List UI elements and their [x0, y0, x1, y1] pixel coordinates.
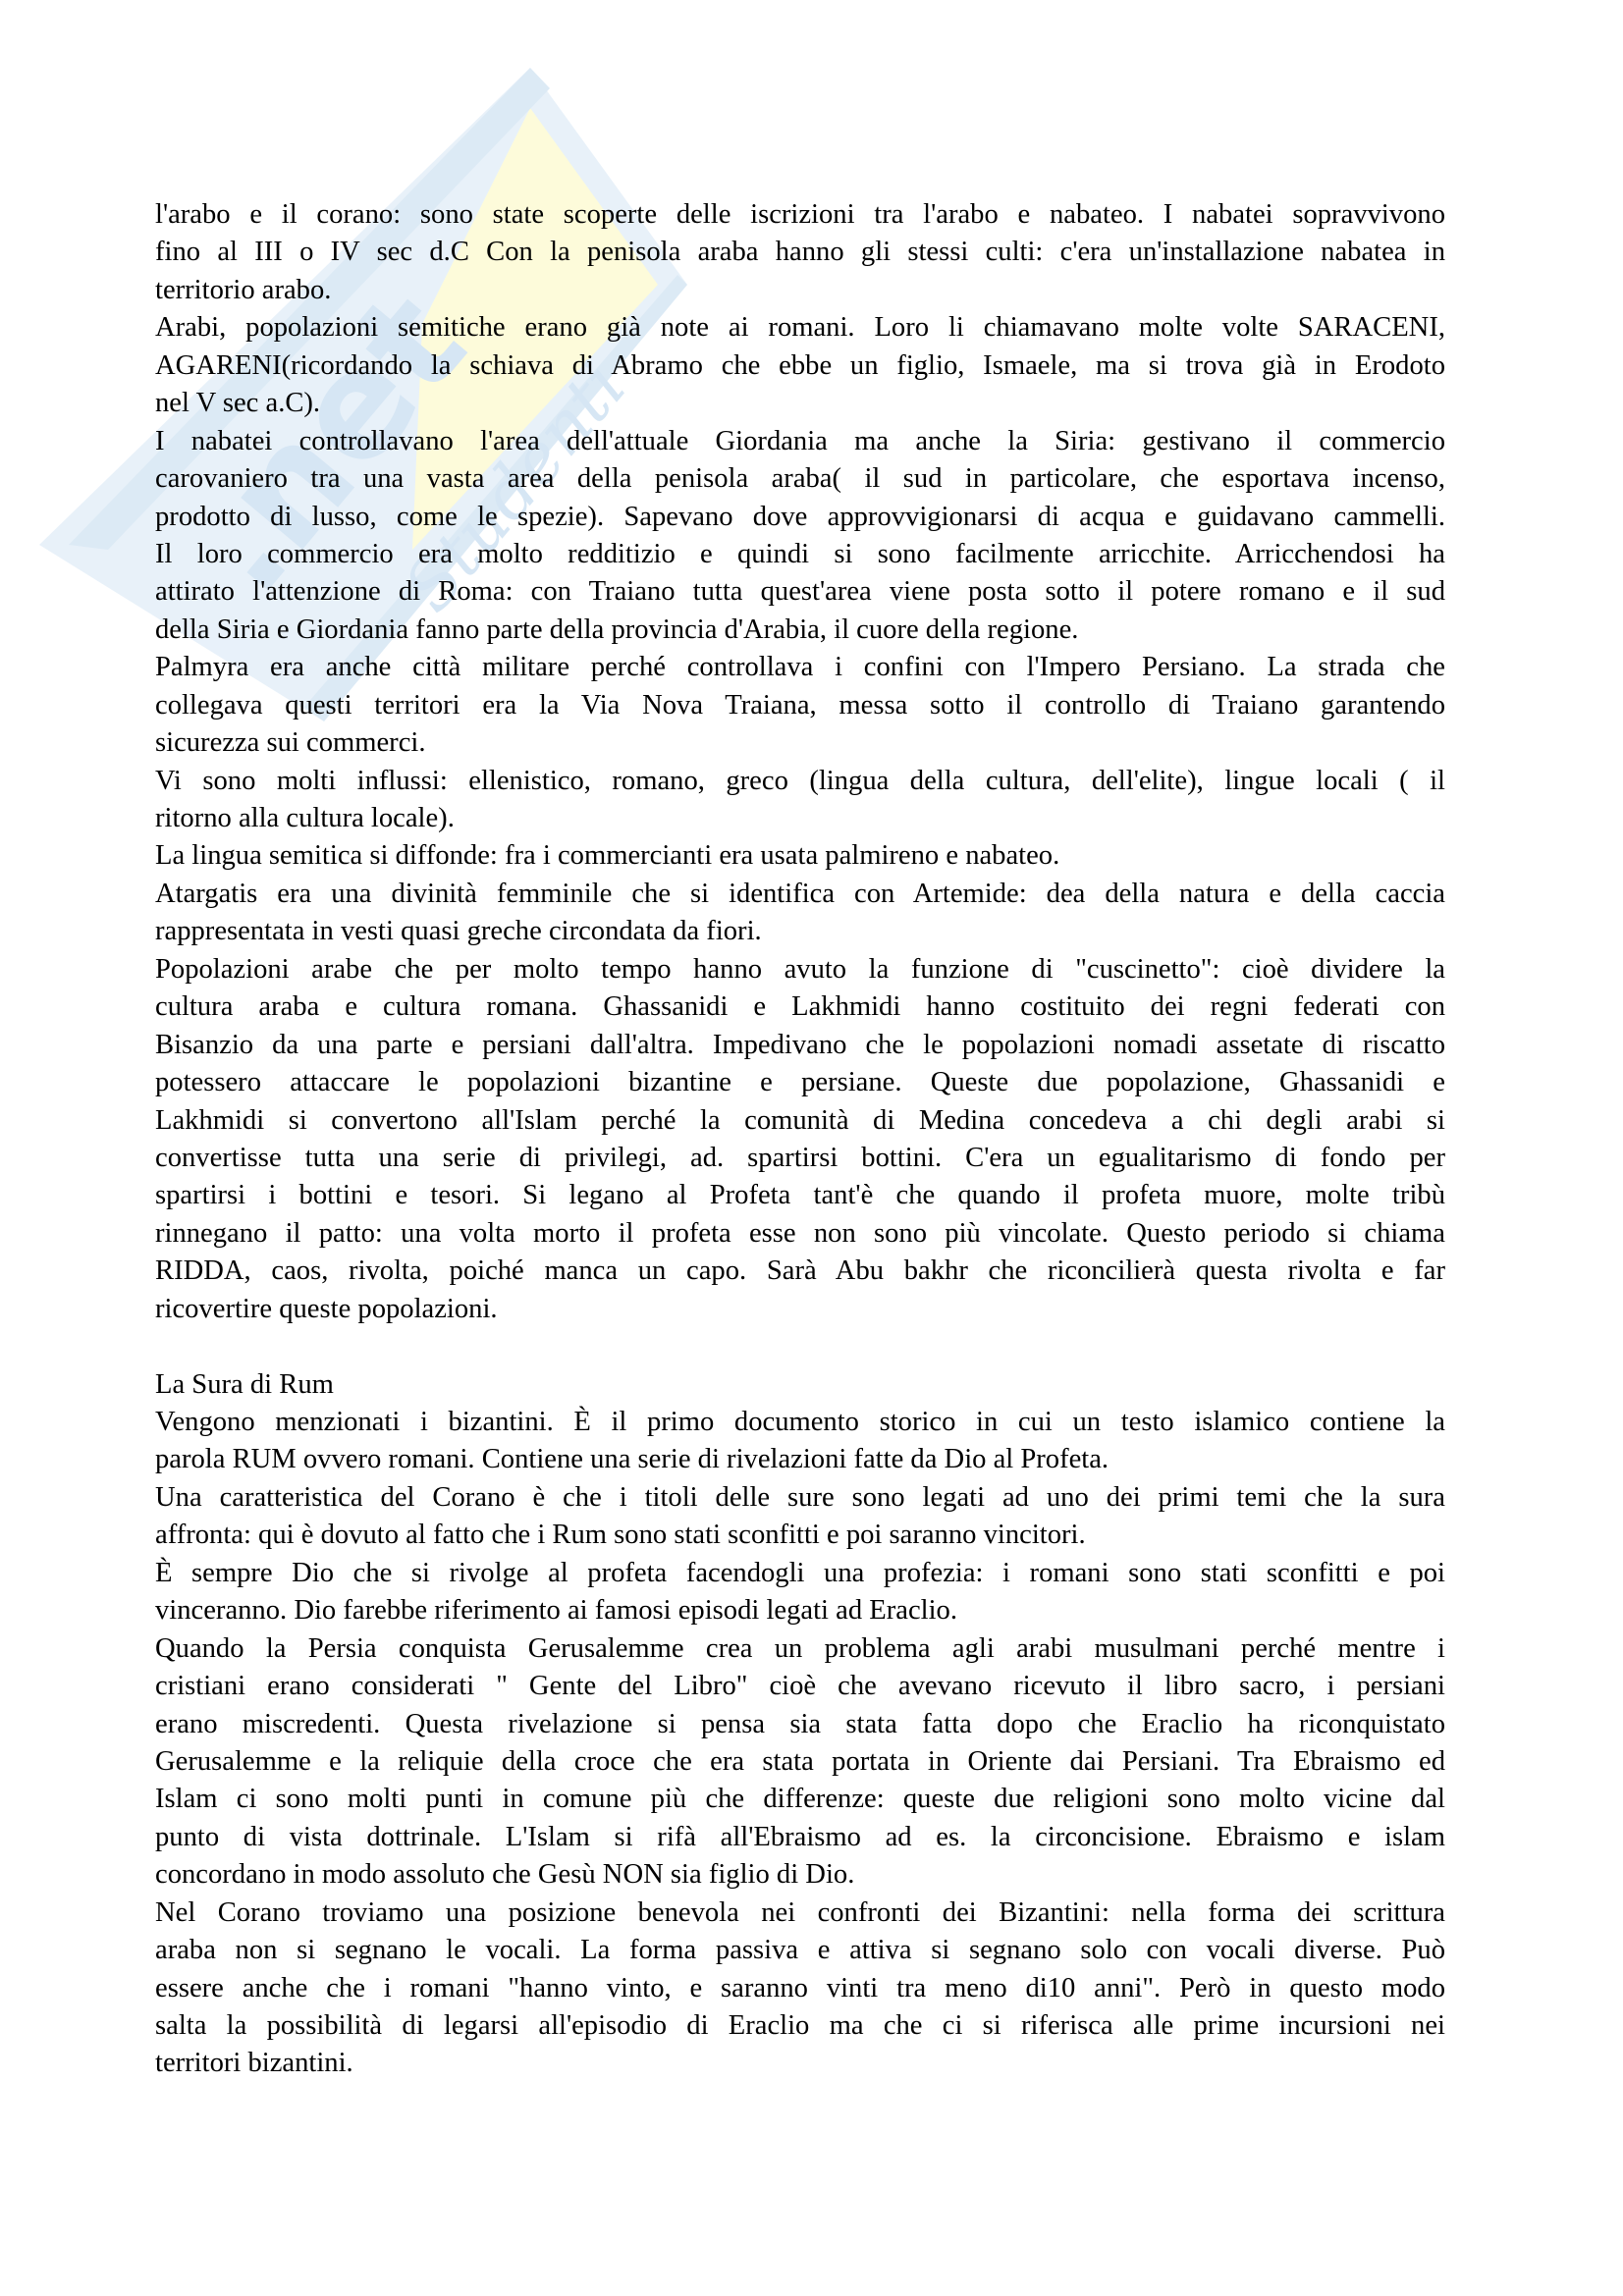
text-line: ritorno alla cultura locale).: [155, 800, 1445, 837]
text-line: vinceranno. Dio farebbe riferimento ai f…: [155, 1592, 1445, 1629]
text-line: potessero attaccare le popolazioni bizan…: [155, 1064, 1445, 1101]
text-line: salta la possibilità di legarsi all'epis…: [155, 2007, 1445, 2045]
text-line: essere anche che i romani "hanno vinto, …: [155, 1970, 1445, 2007]
text-line: nel V sec a.C).: [155, 385, 1445, 422]
text-line: convertisse tutta una serie di privilegi…: [155, 1140, 1445, 1177]
paragraph: Quando la Persia conquista Gerusalemme c…: [155, 1630, 1445, 1895]
text-line: RIDDA, caos, rivolta, poiché manca un ca…: [155, 1253, 1445, 1290]
text-line: AGARENI(ricordando la schiava di Abramo …: [155, 347, 1445, 385]
text-line: l'arabo e il corano: sono state scoperte…: [155, 196, 1445, 234]
text-line: È sempre Dio che si rivolge al profeta f…: [155, 1555, 1445, 1592]
text-line: territorio arabo.: [155, 272, 1445, 309]
paragraph: Palmyra era anche città militare perché …: [155, 649, 1445, 762]
text-line: parola RUM ovvero romani. Contiene una s…: [155, 1441, 1445, 1478]
paragraph: Nel Corano troviamo una posizione benevo…: [155, 1895, 1445, 2083]
text-line: Arabi, popolazioni semitiche erano già n…: [155, 309, 1445, 347]
text-line: araba non si segnano le vocali. La forma…: [155, 1932, 1445, 1969]
text-line: erano miscredenti. Questa rivelazione si…: [155, 1706, 1445, 1743]
text-line: rinnegano il patto: una volta morto il p…: [155, 1215, 1445, 1253]
paragraph: Atargatis era una divinità femminile che…: [155, 876, 1445, 951]
paragraph: I nabatei controllavano l'area dell'attu…: [155, 423, 1445, 650]
text-line: attirato l'attenzione di Roma: con Traia…: [155, 573, 1445, 611]
text-line: affronta: qui è dovuto al fatto che i Ru…: [155, 1517, 1445, 1554]
paragraph: l'arabo e il corano: sono state scoperte…: [155, 196, 1445, 309]
text-line: Il loro commercio era molto redditizio e…: [155, 536, 1445, 573]
paragraph: La lingua semitica si diffonde: fra i co…: [155, 837, 1445, 875]
paragraph: Vengono menzionati i bizantini. È il pri…: [155, 1404, 1445, 1479]
text-line: Bisanzio da una parte e persiani dall'al…: [155, 1027, 1445, 1064]
text-line: punto di vista dottrinale. L'Islam si ri…: [155, 1819, 1445, 1856]
text-line: Quando la Persia conquista Gerusalemme c…: [155, 1630, 1445, 1668]
text-line: rappresentata in vesti quasi greche circ…: [155, 913, 1445, 950]
section-heading: La Sura di Rum: [155, 1366, 1445, 1404]
text-line: cristiani erano considerati " Gente del …: [155, 1668, 1445, 1705]
text-line: Popolazioni arabe che per molto tempo ha…: [155, 951, 1445, 988]
text-line: Una caratteristica del Corano è che i ti…: [155, 1479, 1445, 1517]
paragraph: Una caratteristica del Corano è che i ti…: [155, 1479, 1445, 1555]
text-line: Gerusalemme e la reliquie della croce ch…: [155, 1743, 1445, 1781]
text-line: ricovertire queste popolazioni.: [155, 1291, 1445, 1328]
blank-line: [155, 1328, 1445, 1365]
text-line: cultura araba e cultura romana. Ghassani…: [155, 988, 1445, 1026]
text-line: Islam ci sono molti punti in comune più …: [155, 1781, 1445, 1818]
text-line: spartirsi i bottini e tesori. Si legano …: [155, 1177, 1445, 1214]
text-line: Nel Corano troviamo una posizione benevo…: [155, 1895, 1445, 1932]
text-line: Vengono menzionati i bizantini. È il pri…: [155, 1404, 1445, 1441]
text-line: collegava questi territori era la Via No…: [155, 687, 1445, 724]
document-body: l'arabo e il corano: sono state scoperte…: [155, 196, 1445, 2083]
text-line: Palmyra era anche città militare perché …: [155, 649, 1445, 686]
text-line: I nabatei controllavano l'area dell'attu…: [155, 423, 1445, 460]
paragraph: Vi sono molti influssi: ellenistico, rom…: [155, 763, 1445, 838]
text-line: sicurezza sui commerci.: [155, 724, 1445, 762]
document-page: .net Studenti l'arabo e il corano: sono …: [0, 0, 1623, 2296]
text-line: prodotto di lusso, come le spezie). Sape…: [155, 499, 1445, 536]
paragraph: Popolazioni arabe che per molto tempo ha…: [155, 951, 1445, 1328]
text-line: Vi sono molti influssi: ellenistico, rom…: [155, 763, 1445, 800]
text-line: fino al III o IV sec d.C Con la penisola…: [155, 234, 1445, 271]
text-line: Lakhmidi si convertono all'Islam perché …: [155, 1102, 1445, 1140]
text-line: concordano in modo assoluto che Gesù NON…: [155, 1856, 1445, 1894]
paragraph: Arabi, popolazioni semitiche erano già n…: [155, 309, 1445, 422]
text-line: territori bizantini.: [155, 2045, 1445, 2082]
text-line: carovaniero tra una vasta area della pen…: [155, 460, 1445, 498]
text-line: Atargatis era una divinità femminile che…: [155, 876, 1445, 913]
text-line: della Siria e Giordania fanno parte dell…: [155, 612, 1445, 649]
paragraph: È sempre Dio che si rivolge al profeta f…: [155, 1555, 1445, 1630]
text-line: La lingua semitica si diffonde: fra i co…: [155, 837, 1445, 875]
